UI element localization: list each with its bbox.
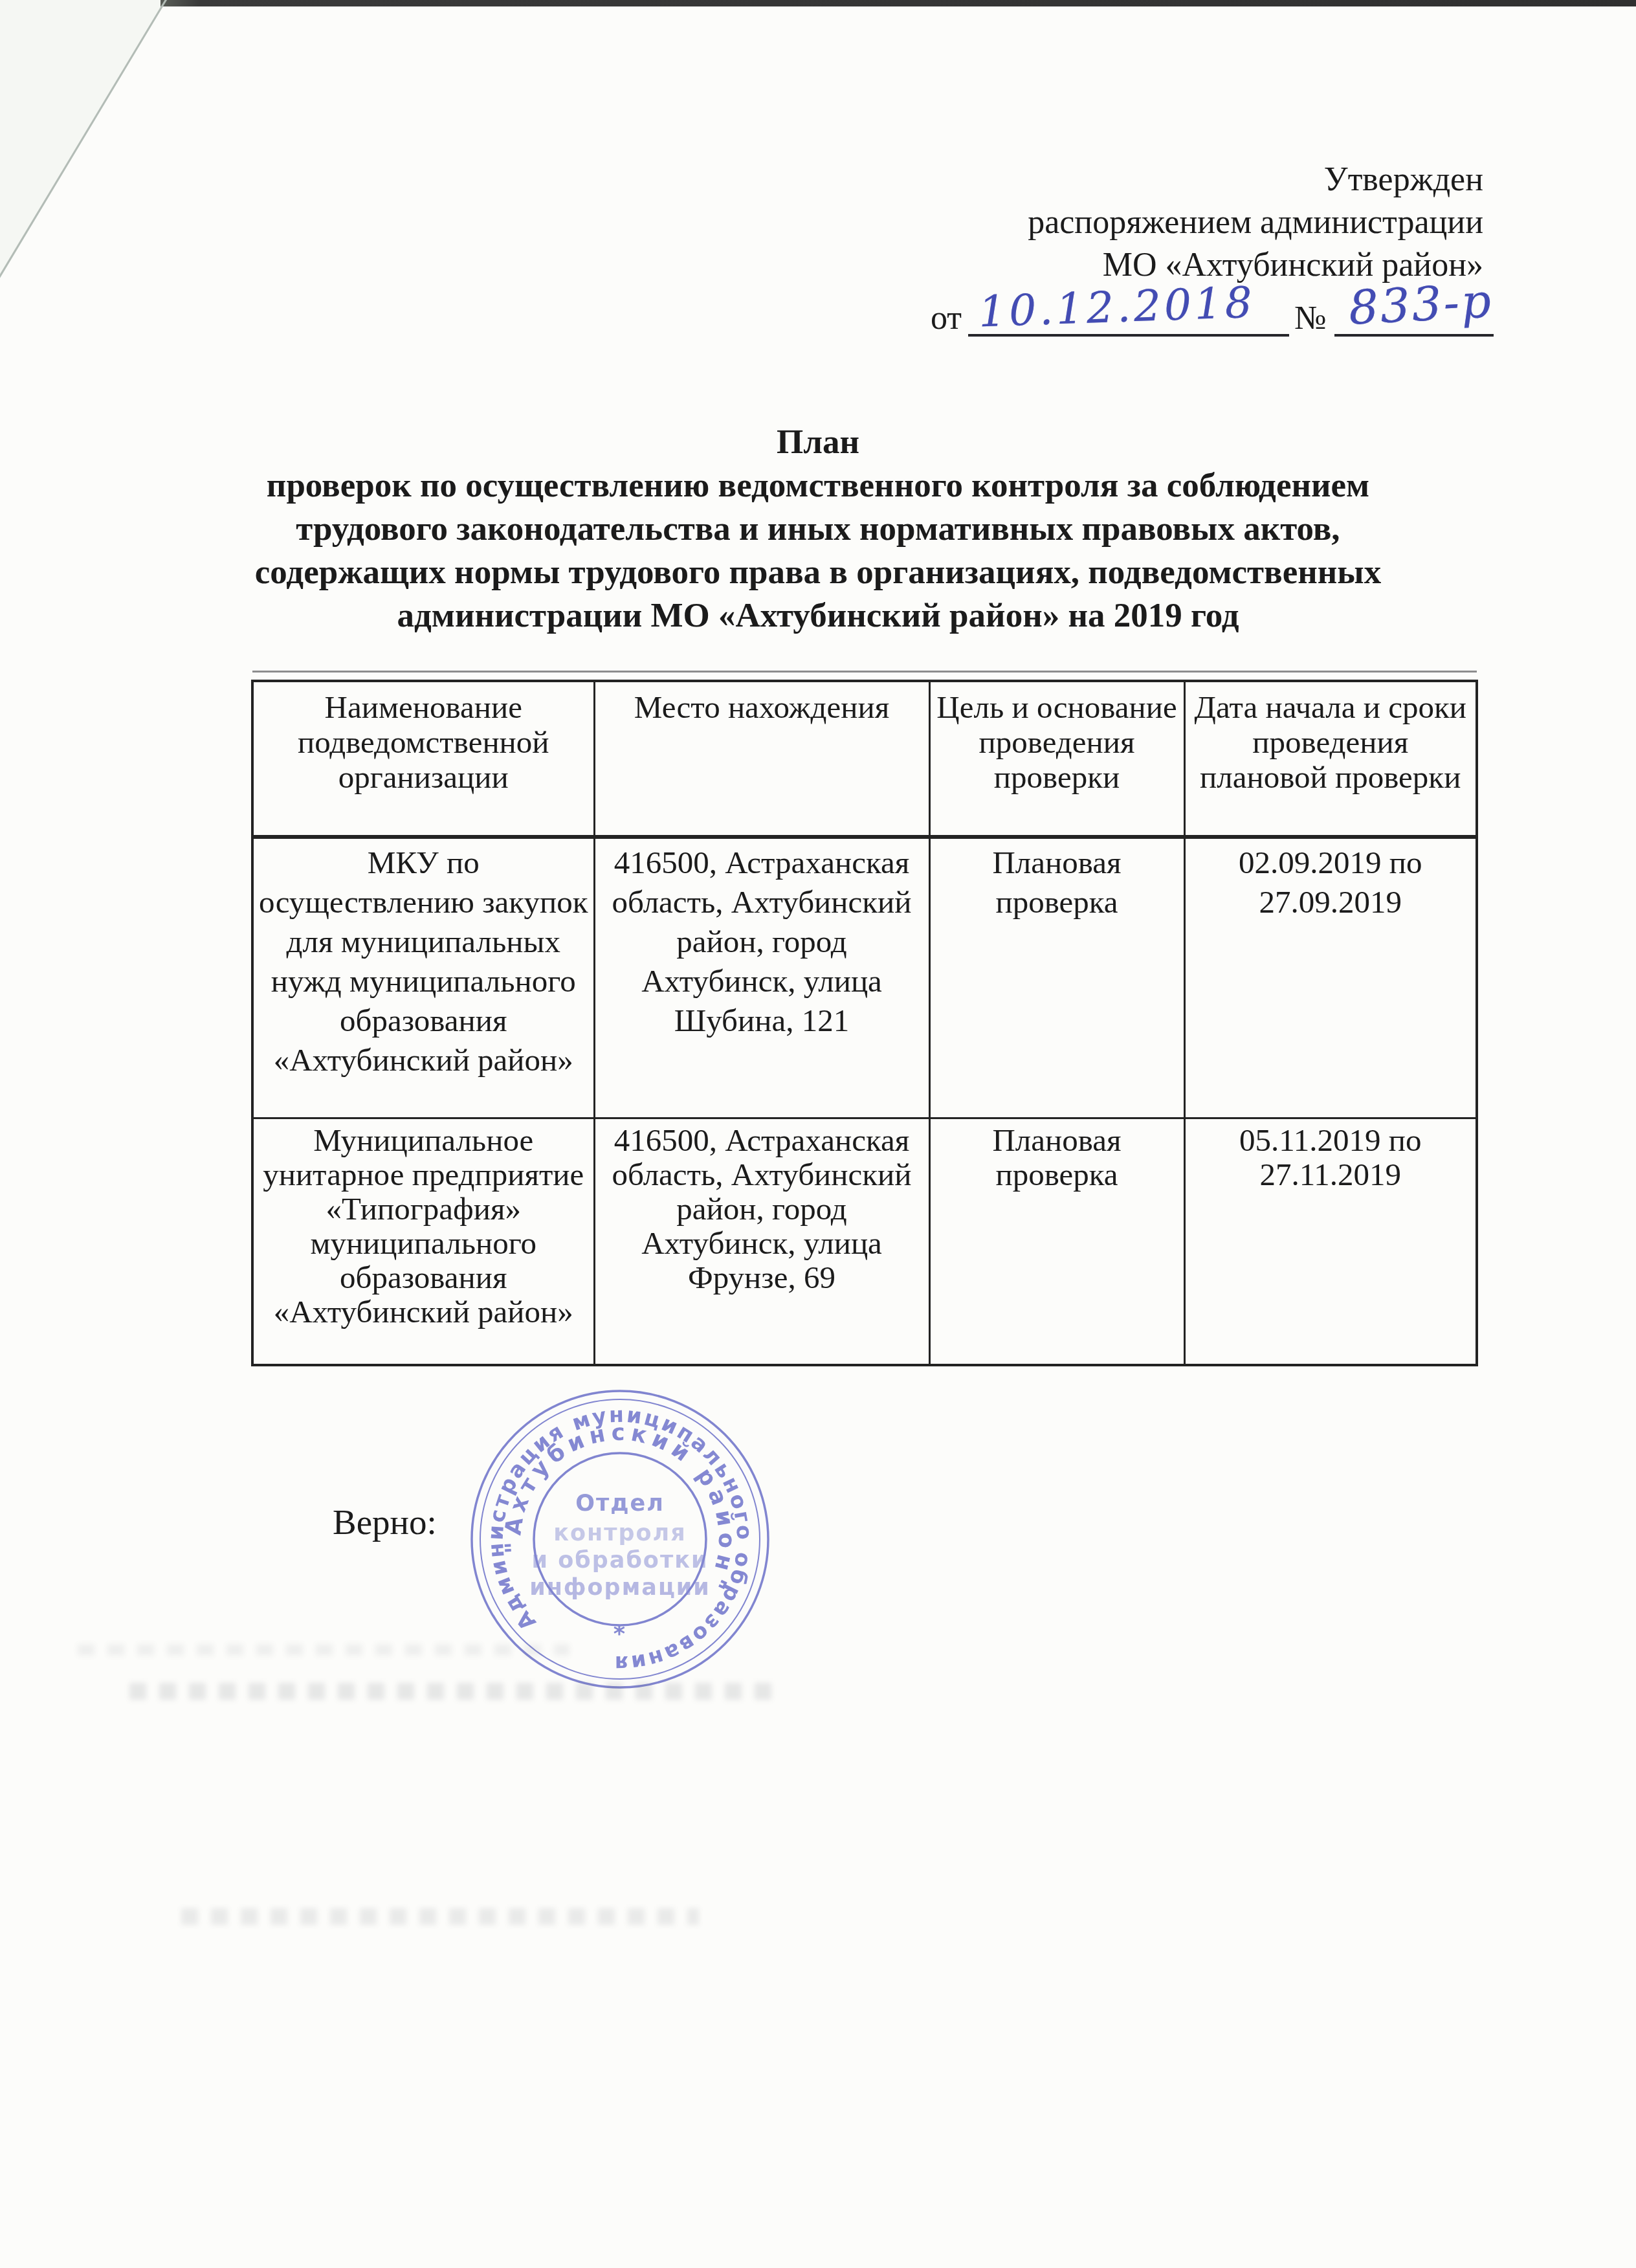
header-cell-organization: Наименование подведомственной организаци… <box>252 681 594 837</box>
number-sign: № <box>1294 299 1327 337</box>
approval-block: Утвержден распоряжением администрации МО… <box>577 159 1483 287</box>
cell-purpose: Плановая проверка <box>929 1118 1184 1366</box>
bleed-through-smudge <box>181 1908 699 1925</box>
cell-purpose: Плановая проверка <box>929 837 1184 1118</box>
handwritten-number: 833-р <box>1347 273 1494 335</box>
header-cell-dates: Дата начала и сроки проведения плановой … <box>1184 681 1477 837</box>
cell-dates: 05.11.2019 по 27.11.2019 <box>1184 1118 1477 1366</box>
title-line-1: План <box>0 421 1636 464</box>
title-line-4: содержащих нормы трудового права в орган… <box>0 551 1636 594</box>
stamp-center-line-1: Отдел <box>575 1491 665 1517</box>
table-row: МКУ по осуществлению закупок для муницип… <box>252 837 1477 1118</box>
cell-organization: МКУ по осуществлению закупок для муницип… <box>252 837 594 1118</box>
verno-label: Верно: <box>333 1502 437 1542</box>
cell-organization: Муниципальное унитарное предприятие «Тип… <box>252 1118 594 1366</box>
scan-edge-top-strip <box>160 0 1636 6</box>
header-cell-purpose: Цель и основание проведения проверки <box>929 681 1184 837</box>
scanned-document-page: Утвержден распоряжением администрации МО… <box>0 0 1636 2268</box>
bleed-through-smudge <box>78 1644 569 1656</box>
title-line-2: проверок по осуществлению ведомственного… <box>0 464 1636 507</box>
page-corner-tint <box>0 0 167 278</box>
stamp-center-line-4: информации <box>529 1575 711 1601</box>
cell-location: 416500, Астраханская область, Ахтубински… <box>594 1118 929 1366</box>
table-row: Муниципальное унитарное предприятие «Тип… <box>252 1118 1477 1366</box>
cell-location: 416500, Астраханская область, Ахтубински… <box>594 837 929 1118</box>
title-line-3: трудового законодательства и иных нормат… <box>0 507 1636 551</box>
approval-line-1: Утвержден <box>577 159 1483 201</box>
stamp-star-separator: * <box>613 1621 626 1647</box>
approval-line-2: распоряжением администрации <box>577 201 1483 244</box>
cell-dates: 02.09.2019 по 27.09.2019 <box>1184 837 1477 1118</box>
document-title: План проверок по осуществлению ведомстве… <box>0 421 1636 638</box>
bleed-through-smudge <box>129 1683 777 1700</box>
stamp-center-line-2: контроля <box>553 1520 686 1546</box>
table-header-row: Наименование подведомственной организаци… <box>252 681 1477 837</box>
header-cell-location: Место нахождения <box>594 681 929 837</box>
stamp-center-line-3: и обработки <box>532 1548 709 1573</box>
title-line-5: администрации МО «Ахтубинский район» на … <box>0 594 1636 638</box>
from-label: от <box>931 299 962 337</box>
inspections-plan-table: Наименование подведомственной организаци… <box>251 680 1478 1366</box>
handwritten-date: 10.12.2018 <box>978 278 1256 337</box>
table-top-ghost-line <box>252 671 1477 673</box>
